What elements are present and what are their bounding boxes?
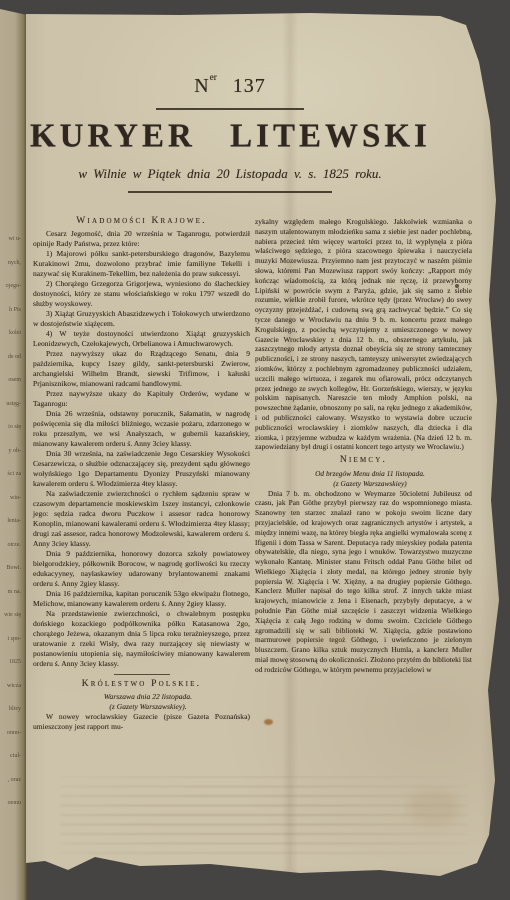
adjacent-page-text-fragment: ustęg- — [0, 393, 21, 417]
newspaper-page: Ner137 KURYER LITEWSKI w Wilnie w Piątek… — [0, 0, 510, 900]
section-wiadomosci-krajowe-body: Cesarz Jegomość, dnia 20 września w Taga… — [33, 229, 250, 669]
right-column: zykalny względem małego Krogulskiego. Ja… — [255, 217, 472, 675]
header-rule-top — [156, 108, 304, 110]
adjacent-page-text-fragments: wi u-nych,ojego-h Piskoleide odosemustęg… — [0, 228, 21, 816]
left-column: Wiadomości Krajowe. Cesarz Jegomość, dni… — [33, 216, 250, 732]
ink-speck — [455, 284, 459, 288]
paragraph: Dnia 16 października, kapitan porucznik … — [33, 589, 250, 609]
continued-article-text: zykalny względem małego Krogulskiego. Ja… — [255, 217, 472, 452]
paragraph: Na zaświadczenie zwierzchności o rychłem… — [33, 489, 250, 549]
adjacent-page-text-fragment: wio- — [0, 487, 21, 511]
adjacent-page-text-fragment: i spo- — [0, 628, 21, 652]
section-dateline-warszawa: Warszawa dnia 22 listopada. — [33, 692, 250, 702]
paragraph: 1) Majorowi półku sankt-petersburskiego … — [33, 249, 250, 279]
section-divider-rule — [114, 674, 170, 675]
section-heading-niemcy: Niemcy. — [255, 456, 472, 466]
paragraph: 4) W teyże dostoyności utwierdzono Xiążą… — [33, 329, 250, 349]
paragraph: Przez naywyższy ukaz do Rządzącego Senat… — [33, 349, 250, 389]
adjacent-page-text-fragment: bliey — [0, 698, 21, 722]
adjacent-page-text-fragment: otrze. — [0, 534, 21, 558]
adjacent-page-text-fragment: kolei — [0, 322, 21, 346]
paragraph: Dnia 30 września, na zaświadczenie Jego … — [33, 449, 250, 489]
adjacent-page-text-fragment: nych, — [0, 252, 21, 276]
adjacent-page-text-fragment: oemu — [0, 792, 21, 816]
header-rule-bottom — [128, 191, 332, 193]
paragraph: 3) Xiążąt Gruzyyskich Abaszidzewych i To… — [33, 309, 250, 329]
adjacent-page-text-fragment: de od — [0, 346, 21, 370]
paragraph: Dnia 9 października, honorowy dozorca sz… — [33, 549, 250, 589]
adjacent-page-text-fragment: ciul- — [0, 745, 21, 769]
bleed-through-text — [60, 776, 468, 858]
adjacent-page-sliver: wi u-nych,ojego-h Piskoleide odosemustęg… — [0, 0, 27, 900]
adjacent-page-text-fragment: 1825 — [0, 651, 21, 675]
adjacent-page-text-fragment: osem — [0, 369, 21, 393]
paragraph: Przez naywyższe ukazy do Kapituły Orderó… — [33, 389, 250, 409]
paragraph: Dnia 26 września, odstawny porucznik, Sa… — [33, 409, 250, 449]
adjacent-page-text-fragment: wie się — [0, 604, 21, 628]
section-heading-wiadomosci-krajowe: Wiadomości Krajowe. — [33, 216, 250, 226]
masthead-block: Ner137 KURYER LITEWSKI w Wilnie w Piątek… — [30, 0, 430, 193]
adjacent-page-text-fragment: m na. — [0, 581, 21, 605]
adjacent-page-text-fragment: wicza — [0, 675, 21, 699]
adjacent-page-text-fragment: io się — [0, 416, 21, 440]
newspaper-title: KURYER LITEWSKI — [30, 117, 430, 155]
adjacent-page-text-fragment: lenia- — [0, 510, 21, 534]
section-heading-krolestwo-polskie: Królestwo Polskie. — [33, 679, 250, 689]
paragraph: 2) Chorążego Grzegorza Grigorjewa, wynie… — [33, 279, 250, 309]
section-source-gazeta-warszawska: (z Gazety Warszawskiey) — [255, 479, 472, 489]
adjacent-page-text-fragment: wi u- — [0, 228, 21, 252]
paragraph: Na przedstawienie zwierzchności, o chwal… — [33, 609, 250, 669]
adjacent-page-text-fragment: y ob- — [0, 440, 21, 464]
adjacent-page-text-fragment: onno- — [0, 722, 21, 746]
faint-stain — [310, 620, 356, 654]
paragraph: Dnia 7 b. m. obchodzono w Weymarze 50cio… — [255, 489, 472, 675]
adjacent-page-text-fragment: , oraz — [0, 769, 21, 793]
paragraph: W nowey wrocławskiey Gazecie (pisze Gaze… — [33, 712, 250, 732]
issue-ordinal-superscript: er — [210, 72, 217, 82]
section-source-gazeta: (z Gazety Warszawskiey). — [33, 702, 250, 712]
issue-number: Ner137 — [30, 72, 430, 98]
adjacent-page-text-fragment: h Pis — [0, 299, 21, 323]
issue-dateline: w Wilnie w Piątek dnia 20 Listopada v. s… — [30, 166, 430, 182]
paragraph: Cesarz Jegomość, dnia 20 września w Taga… — [33, 229, 250, 249]
section-dateline-menu: Od brzegów Menu dnia 11 listopada. — [255, 469, 472, 479]
rust-stain — [264, 719, 273, 725]
adjacent-page-text-fragment: ojego- — [0, 275, 21, 299]
adjacent-page-text-fragment: Bowi. — [0, 557, 21, 581]
adjacent-page-text-fragment: ści za — [0, 463, 21, 487]
